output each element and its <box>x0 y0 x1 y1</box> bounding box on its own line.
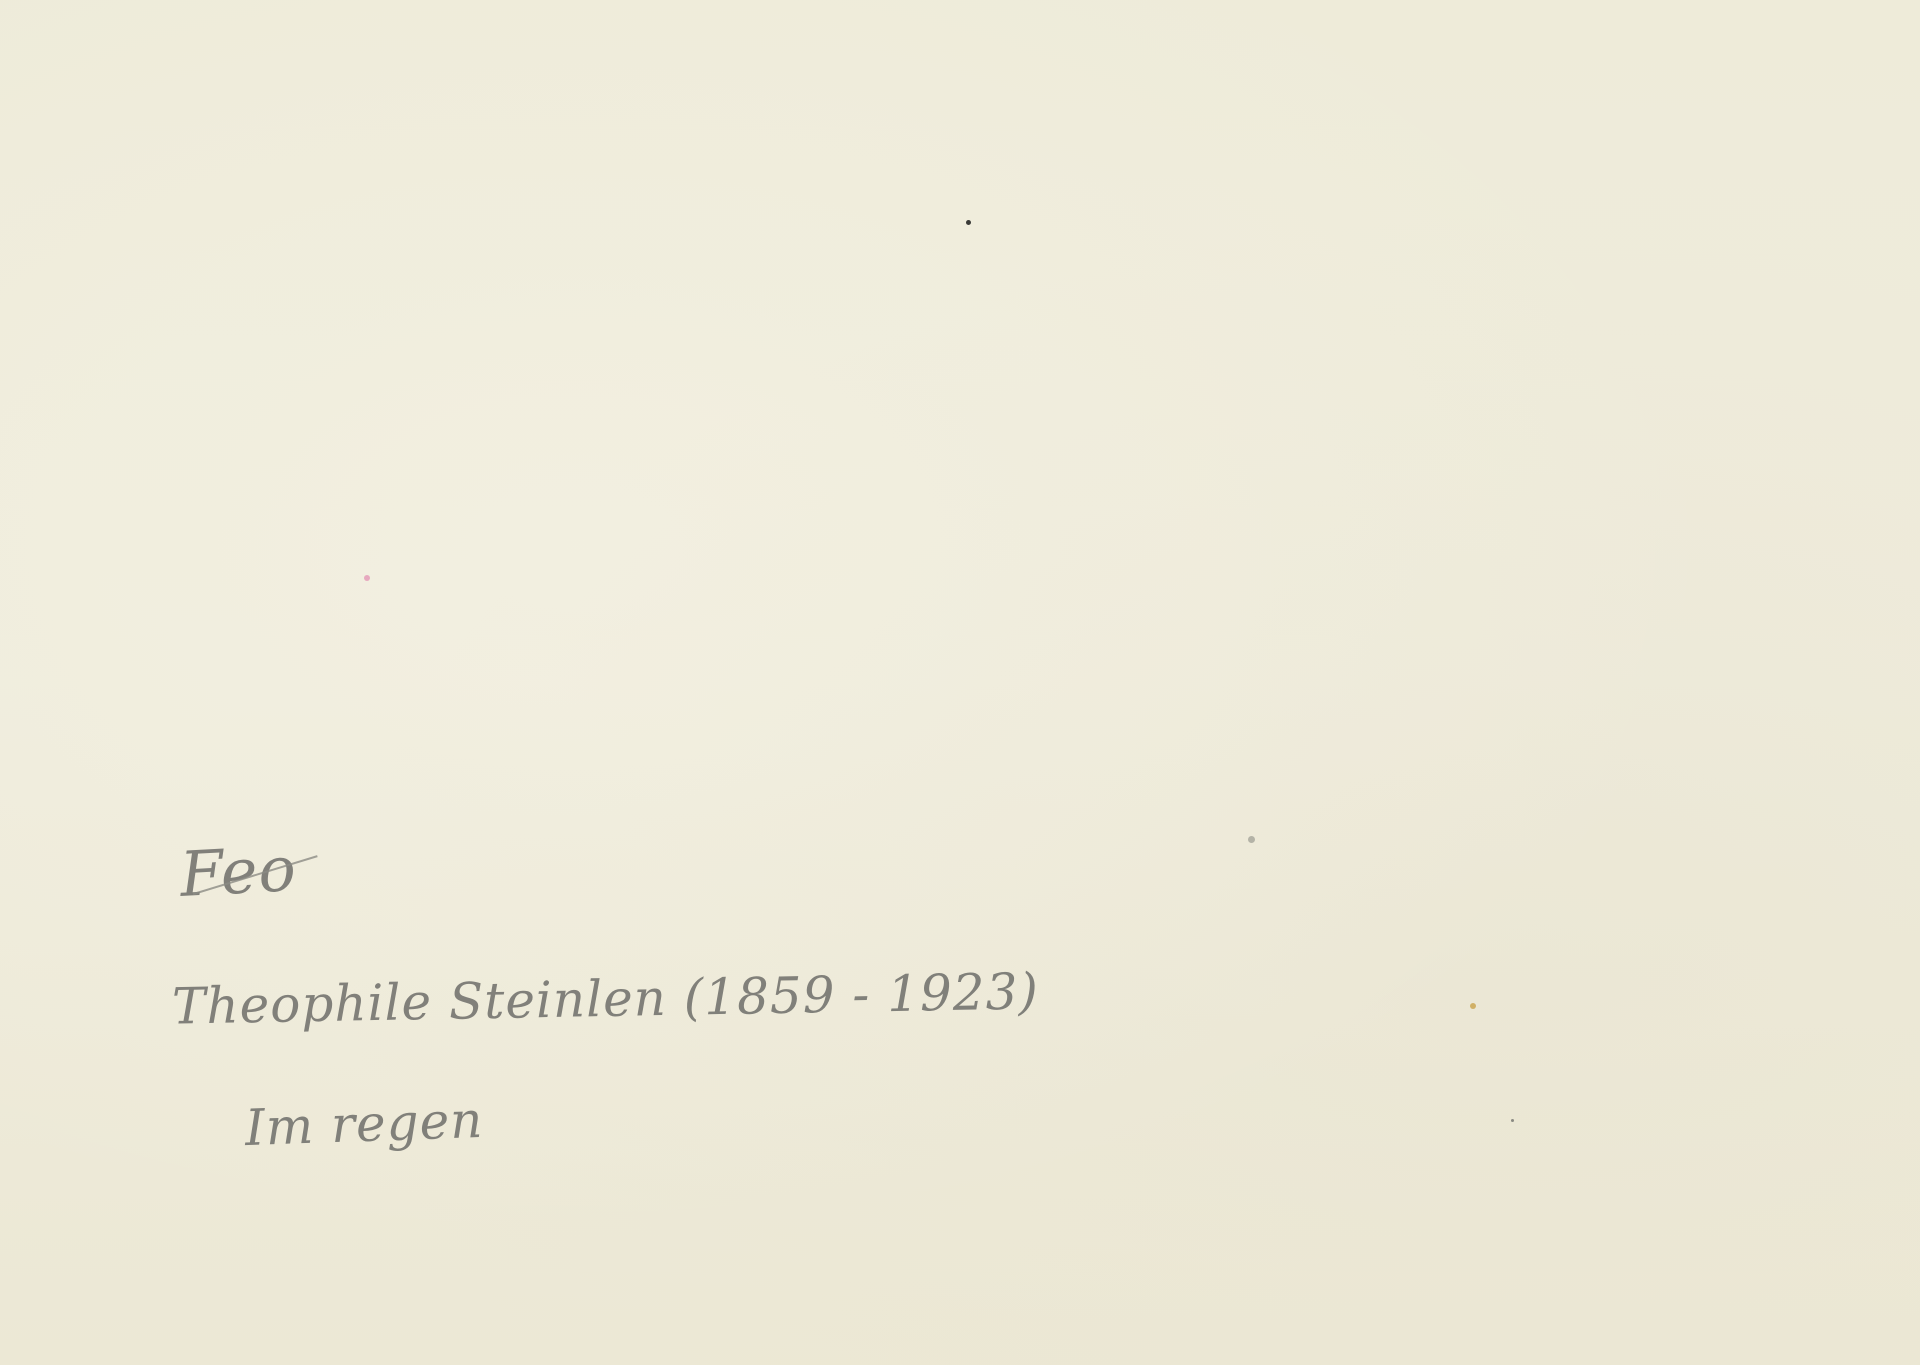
paper-speck <box>966 220 971 225</box>
paper-speck <box>364 575 370 581</box>
inscription-artist-line: Theophile Steinlen (1859 - 1923) <box>172 962 1040 1035</box>
paper-speck <box>1511 1119 1514 1122</box>
paper-speck <box>1470 1003 1476 1009</box>
artist-dates: (1859 - 1923) <box>683 962 1039 1026</box>
paper-speck <box>1248 836 1255 843</box>
inscription-feo: Feo <box>178 832 298 911</box>
inscription-title-line: Im regen <box>244 1091 484 1157</box>
artwork-title: Im regen <box>244 1091 484 1157</box>
artist-name: Theophile Steinlen <box>172 969 668 1036</box>
inscription-line-struck: Feo <box>178 832 298 911</box>
paper-sheet: Feo Theophile Steinlen (1859 - 1923) Im … <box>0 0 1920 1365</box>
